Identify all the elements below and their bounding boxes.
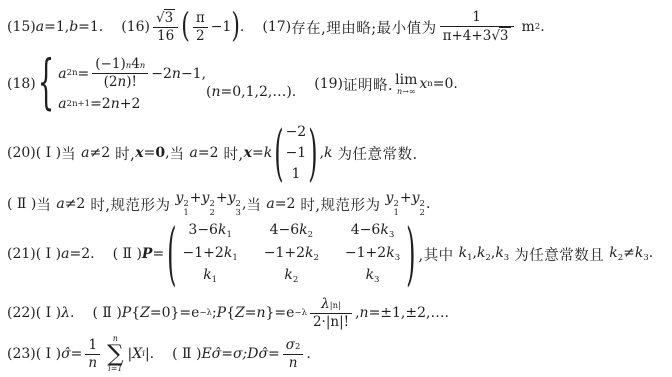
q17-text: 存在,理由略;最小值为 <box>291 17 437 38</box>
part-2-marker: ( Ⅱ ) <box>7 196 36 212</box>
radical-sqrt3: √3 <box>491 27 510 45</box>
fraction-pi-2: π 2 <box>193 10 208 45</box>
var-Xi: X <box>132 346 142 362</box>
part-2-marker: ( Ⅱ ) <box>172 346 201 362</box>
matrix-cell-r2c3: −1+2k3 <box>345 246 400 263</box>
answers-line-1: (15)a=1,b=1. (16) √3 16 ( π 2 −1 ) . (17… <box>7 6 670 48</box>
part-2-marker: ( Ⅱ ) <box>113 246 142 262</box>
answer-22: (22)( Ⅰ )λ. ( Ⅱ ) P{Z=0}=e−λ; P{Z=n}=e−λ… <box>7 296 449 331</box>
zero-vector: 0 <box>155 145 165 161</box>
q16-minus-one: −1 <box>211 19 232 35</box>
big-paren-right: ) <box>406 220 415 288</box>
var-a: a <box>190 145 198 161</box>
quadratic-form-3: y21+y22+y23 <box>175 190 242 219</box>
answers-line-7: (23)( Ⅰ )σ̂ = 1 n n ∑ i=1 | Xi |. ( Ⅱ ) … <box>7 334 670 374</box>
var-b: b <box>69 19 78 35</box>
var-a2n1: a <box>58 96 66 112</box>
matrix-cell-r2c1: −1+2k1 <box>183 246 238 263</box>
var-a: a <box>266 196 274 212</box>
answer-15: (15)a=1,b=1. <box>7 19 103 35</box>
answers-line-6: (22)( Ⅰ )λ. ( Ⅱ ) P{Z=0}=e−λ; P{Z=n}=e−λ… <box>7 295 670 331</box>
case-row-2: a2n+1=2n+2 <box>58 96 206 112</box>
radical-sign: √ <box>156 10 164 27</box>
var-a2n: a <box>58 66 66 82</box>
answers-line-5: (21)( Ⅰ )a=2. ( Ⅱ )P= ( 3−6k1 4−6k2 4−6k… <box>7 218 670 290</box>
vec-x: x <box>135 145 143 161</box>
matrix-cell-r1c3: 4−6k3 <box>351 223 394 240</box>
answer-23: (23)( Ⅰ )σ̂ = 1 n n ∑ i=1 | Xi |. ( Ⅱ ) … <box>7 334 311 375</box>
answer-20-part2: ( Ⅱ )当 a≠2 时,规范形为 y21+y22+y23 ,当 a=2 时,规… <box>7 190 430 219</box>
q16-pi: π <box>193 10 208 27</box>
cases-brace: { <box>38 55 55 114</box>
big-paren-left: ( <box>167 220 176 288</box>
cases-rows: a2n= (−1)n4n (2n)! −2n−1, a2n+1=2n+2 <box>58 56 206 112</box>
matrix-cell-r3c3: k3 <box>366 268 380 285</box>
matrix-cell-r1c2: 4−6k2 <box>270 223 313 240</box>
q19-text: 证明略. <box>343 74 393 95</box>
fraction-lambda: λ|n| 2·|n|! <box>310 296 352 331</box>
matrix-cell-r3c2: k2 <box>284 268 298 285</box>
fraction-sigma2-n: σ2 n <box>283 337 304 372</box>
matrix-cell-r1c1: 3−6k1 <box>188 223 231 240</box>
var-a: a <box>81 145 89 161</box>
fraction-min-area: 1 π+4+3√3 <box>440 9 514 45</box>
answer-19: (19) 证明略. lim n→∞ xn=0. <box>314 73 458 96</box>
vector-entry: −2 <box>286 125 307 139</box>
matrix-cell-r3c1: k1 <box>203 268 217 285</box>
q15-eq1: =1, <box>44 19 69 35</box>
big-paren-left: ( <box>181 10 190 44</box>
fraction-a2n: (−1)n4n (2n)! <box>92 56 148 91</box>
answer-20-part1: (20)( Ⅰ )当 a≠2 时, x=0, 当 a=2 时, x=k ( −2… <box>7 125 418 181</box>
column-vector: −2 −1 1 <box>286 125 307 181</box>
document-page: (15)a=1,b=1. (16) √3 16 ( π 2 −1 ) . (17… <box>0 0 672 377</box>
q16-label: (16) <box>121 19 150 35</box>
q19-label: (19) <box>314 76 343 92</box>
radical-sign: √ <box>491 28 499 45</box>
part-1-marker: ( Ⅰ ) <box>36 145 61 161</box>
answers-line-2: (18) { a2n= (−1)n4n (2n)! −2n−1, a2n+1=2… <box>7 54 670 114</box>
euler-e: e <box>191 305 199 321</box>
var-Z: Z <box>140 305 150 321</box>
var-n: n <box>256 305 265 321</box>
var-a: a <box>36 19 44 35</box>
k-list: k1,k2,k3 <box>459 245 510 263</box>
var-xn: x <box>419 76 427 92</box>
part-1-marker: ( Ⅰ ) <box>36 246 61 262</box>
q20-label: (20) <box>7 145 36 161</box>
q21-label: (21) <box>7 246 36 262</box>
answer-21: (21)( Ⅰ )a=2. ( Ⅱ )P= ( 3−6k1 4−6k2 4−6k… <box>7 223 653 285</box>
big-paren-right: ) <box>308 122 317 183</box>
q18-label: (18) <box>7 76 36 92</box>
part-1-marker: ( Ⅰ ) <box>36 346 61 362</box>
sigma-sum-icon: ∑ <box>107 344 123 365</box>
prob-P: P <box>122 305 131 321</box>
matrix-3x3: 3−6k1 4−6k2 4−6k3 −1+2k1 −1+2k2 −1+2k3 k… <box>180 223 404 285</box>
big-paren-left: ( <box>274 122 283 183</box>
matrix-P: P <box>142 246 153 262</box>
q15-eq2: =1. <box>78 19 103 35</box>
answer-18: (18) { a2n= (−1)n4n (2n)! −2n−1, a2n+1=2… <box>7 56 296 112</box>
answer-16: (16) √3 16 ( π 2 −1 ) . <box>121 9 244 45</box>
expectation-E: Eσ̂ <box>201 346 221 362</box>
q18-range: (n=0,1,2,…). <box>206 84 296 112</box>
q15-label: (15) <box>7 19 36 35</box>
variance-D: Dσ̂ <box>247 346 268 362</box>
vector-entry: −1 <box>286 146 307 160</box>
q16-denominator: 16 <box>153 27 178 45</box>
case-row-1: a2n= (−1)n4n (2n)! −2n−1, <box>58 56 206 91</box>
var-k: k <box>324 145 332 161</box>
var-lambda: λ <box>61 305 70 321</box>
q16-period: . <box>240 19 244 35</box>
vec-x: x <box>244 145 252 161</box>
vector-entry: 1 <box>291 167 300 181</box>
prob-P: P <box>217 305 226 321</box>
radical-sqrt3: √3 <box>156 9 175 27</box>
var-Z: Z <box>235 305 245 321</box>
answers-line-3: (20)( Ⅰ )当 a≠2 时, x=0, 当 a=2 时, x=k ( −2… <box>7 118 670 188</box>
answers-line-4: ( Ⅱ )当 a≠2 时,规范形为 y21+y22+y23 ,当 a=2 时,规… <box>7 191 670 217</box>
fraction-sqrt3-16: √3 16 <box>153 9 178 45</box>
q17-label: (17) <box>262 19 291 35</box>
summation-operator: n ∑ i=1 <box>107 334 123 375</box>
euler-e: e <box>286 305 294 321</box>
answer-17: (17) 存在,理由略;最小值为 1 π+4+3√3 m2. <box>262 9 544 45</box>
var-a: a <box>61 246 69 262</box>
fraction-1-n: 1 n <box>85 337 100 372</box>
k-constraint: k2≠k3. <box>609 245 653 263</box>
matrix-cell-r2c2: −1+2k2 <box>264 246 319 263</box>
q23-label: (23) <box>7 346 36 362</box>
part-2-marker: ( Ⅱ ) <box>92 305 121 321</box>
var-a: a <box>56 196 64 212</box>
part-1-marker: ( Ⅰ ) <box>36 305 61 321</box>
limit-operator: lim n→∞ <box>395 73 417 96</box>
var-n: n <box>360 305 369 321</box>
unit-m: m <box>522 19 535 35</box>
var-k: k <box>264 145 272 161</box>
q22-label: (22) <box>7 305 36 321</box>
big-paren-right: ) <box>231 10 240 44</box>
sigma-hat: σ̂ <box>61 346 71 362</box>
